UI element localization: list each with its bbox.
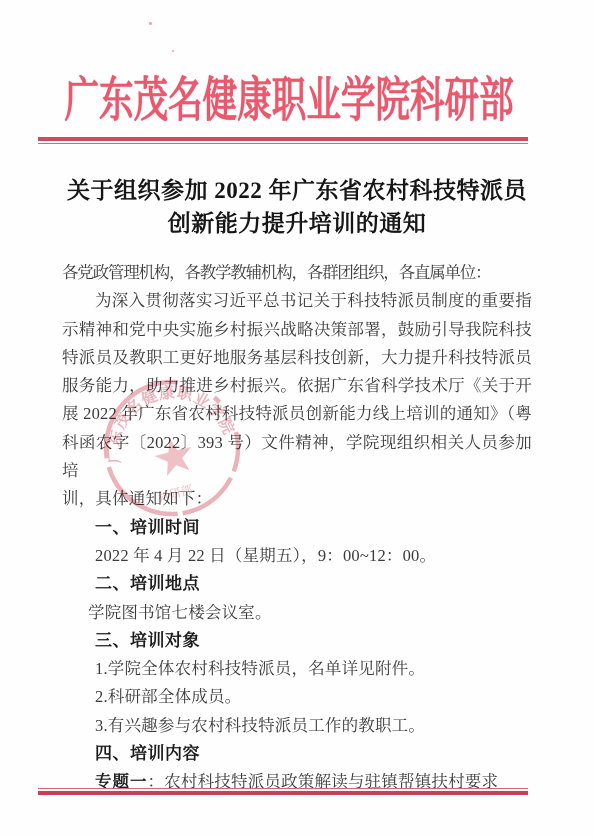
paragraph-line: 服务能力，助力推进乡村振兴。依据广东省科学技术厅《关于开 xyxy=(62,372,532,400)
footer-rule-thin xyxy=(38,788,528,789)
document-title: 关于组织参加 2022 年广东省农村科技特派员 创新能力提升培训的通知 xyxy=(0,175,594,240)
document-title-line1: 关于组织参加 2022 年广东省农村科技特派员 xyxy=(0,175,594,208)
paragraph-line: 为深入贯彻落实习近平总书记关于科技特派员制度的重要指 xyxy=(62,287,532,315)
scanned-notice-page: 广东茂名健康职业学院科研部 关于组织参加 2022 年广东省农村科技特派员 创新… xyxy=(0,0,594,838)
section-heading-training-place: 二、培训地点 xyxy=(62,570,532,598)
audience-item: 1.学院全体农村科技特派员，名单详见附件。 xyxy=(62,655,532,683)
notice-body: 各党政管理机构，各教学教辅机构，各群团组织，各直属单位： 为深入贯彻落实习近平总… xyxy=(62,259,532,797)
document-title-line2: 创新能力提升培训的通知 xyxy=(0,208,594,241)
section-heading-training-content: 四、培训内容 xyxy=(62,740,532,768)
paragraph-line: 训，具体通知如下： xyxy=(62,485,532,513)
paragraph-line: 特派员及教职工更好地服务基层科技创新，大力提升科技特派员 xyxy=(62,344,532,372)
paragraph-line: 科函农字〔2022〕393 号）文件精神，学院现组织相关人员参加培 xyxy=(62,429,532,486)
scan-speck xyxy=(149,22,152,25)
section-heading-training-audience: 三、培训对象 xyxy=(62,627,532,655)
audience-item: 3.有兴趣参与农村科技特派员工作的教职工。 xyxy=(62,712,532,740)
section-heading-training-time: 一、培训时间 xyxy=(62,514,532,542)
salutation-line: 各党政管理机构，各教学教辅机构，各群团组织，各直属单位： xyxy=(62,259,532,287)
training-time-value: 2022 年 4 月 22 日（星期五），9：00~12：00。 xyxy=(62,542,532,570)
paragraph-line: 示精神和党中央实施乡村振兴战略决策部署，鼓励引导我院科技 xyxy=(62,316,532,344)
training-place-value: 学院图书馆七楼会议室。 xyxy=(62,599,532,627)
footer-rule-thick xyxy=(38,791,528,795)
audience-item: 2.科研部全体成员。 xyxy=(62,683,532,711)
paragraph-line: 展 2022 年广东省农村科技特派员创新能力线上培训的通知》（粤 xyxy=(62,400,532,428)
letterhead-rule-thick xyxy=(38,137,528,141)
scan-speck xyxy=(172,50,174,52)
letterhead-rule-thin xyxy=(38,143,528,144)
letterhead-title: 广东茂名健康职业学院科研部 xyxy=(64,72,492,130)
